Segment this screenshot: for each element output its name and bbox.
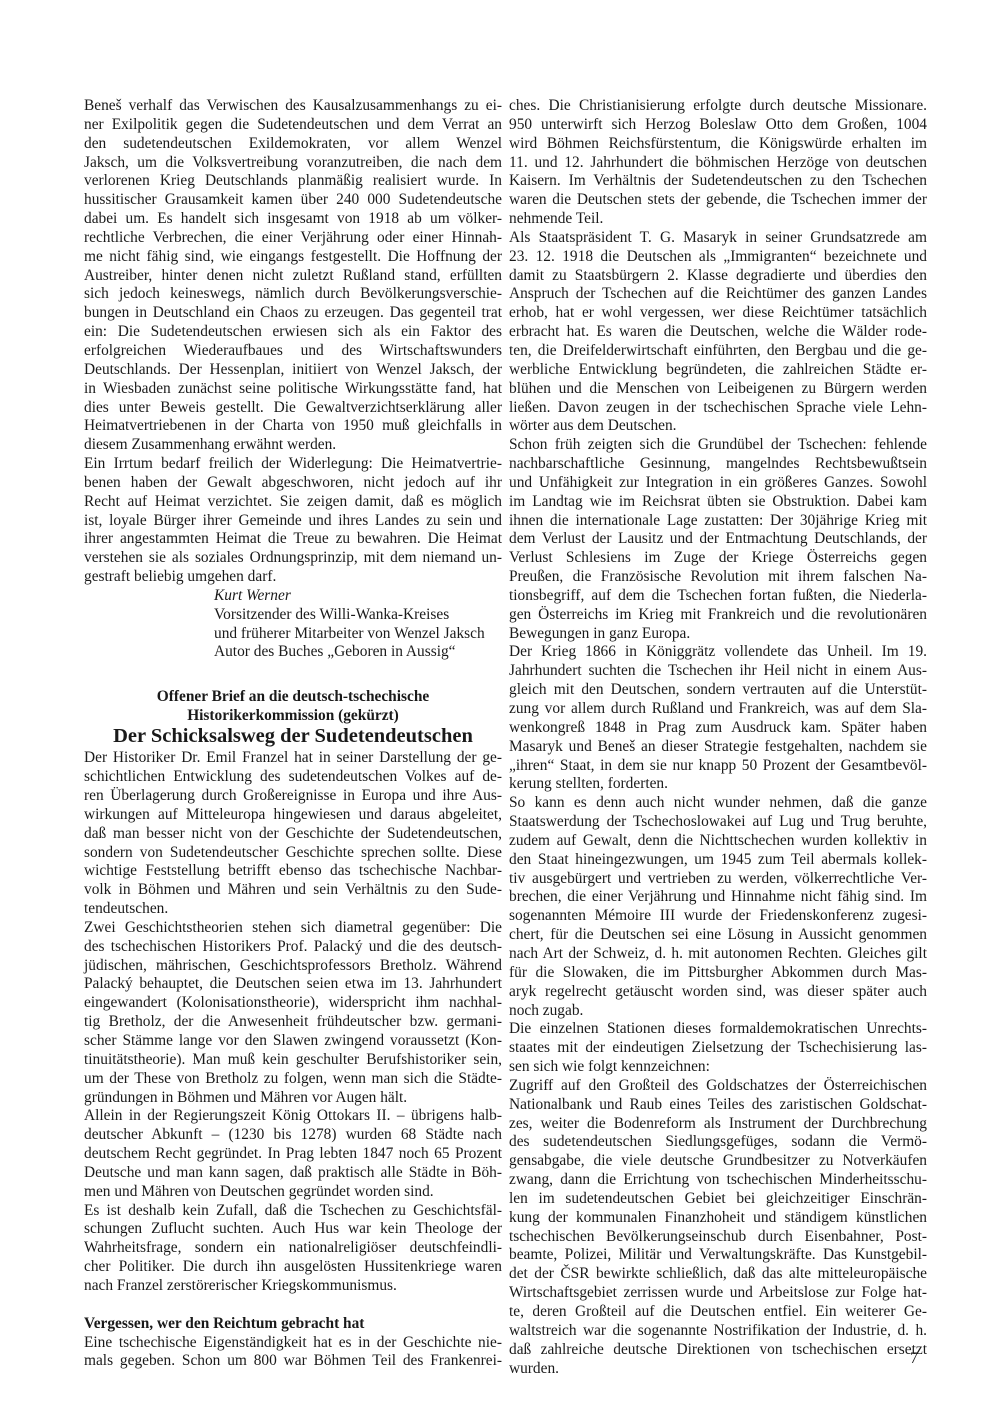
author-name: Kurt Werner xyxy=(214,587,502,606)
right-paragraph-6: Die einzelnen Stationen dieses formaldem… xyxy=(509,1020,927,1077)
text-line: ihnen die internationale Lage zustatten:… xyxy=(509,512,927,531)
text-line: wird Böhmen Reichsfürstentum, die Königs… xyxy=(509,135,927,154)
article-heading: Offener Brief an die deutsch-tschechisch… xyxy=(84,688,502,748)
text-line: deutschem Recht gegründet. In Prag lebte… xyxy=(84,1145,502,1164)
text-line: wirkungen auf Mitteleuropa hingewiesen u… xyxy=(84,806,502,825)
text-line: Wahrheitsfrage, sondern ein nationalreli… xyxy=(84,1239,502,1258)
text-line: wenkongreß 1848 in Prag zum Ausdruck kam… xyxy=(509,719,927,738)
right-paragraph-7: Zugriff auf den Großteil des Goldschatze… xyxy=(509,1077,927,1379)
text-line: zes, weiter die Bodenreform als Instrume… xyxy=(509,1115,927,1134)
text-line: dem Verlust der Lausitz und der Entmacht… xyxy=(509,530,927,549)
text-line: schichtlichen Entwicklung des sudetendeu… xyxy=(84,768,502,787)
text-line: verstehen sie als soziales Ordnungsprinz… xyxy=(84,549,502,568)
text-line: kung der kommunalen Finanzhoheit und stä… xyxy=(509,1209,927,1228)
article-paragraph-3: Allein in der Regierungszeit König Ottok… xyxy=(84,1107,502,1201)
text-line: So kann es denn auch nicht wunder nehmen… xyxy=(509,794,927,813)
text-line: beamte, Polizei, Militär und Verwaltungs… xyxy=(509,1246,927,1265)
text-line: Recht auf Heimat verzichtet. Sie zeigen … xyxy=(84,493,502,512)
text-line: daß man besser nicht von der Geschichte … xyxy=(84,825,502,844)
text-line: Beneš verhalf das Verwischen des Kausalz… xyxy=(84,97,502,116)
text-line: sondern von Sudetendeutscher Geschichte … xyxy=(84,844,502,863)
text-line: scher Stämme lange vor den Slawen zwinge… xyxy=(84,1032,502,1051)
text-line: zwang, dann die Errichtung von tschechis… xyxy=(509,1171,927,1190)
text-line: Zugriff auf den Großteil des Goldschatze… xyxy=(509,1077,927,1096)
text-line: Schon früh zeigten sich die Grundübel de… xyxy=(509,436,927,455)
text-line: tendeutschen. xyxy=(84,900,502,919)
text-line: tschechischen Bevölkerungseinschub durch… xyxy=(509,1228,927,1247)
text-line: erhob, hat er wohl vergessen, wer diese … xyxy=(509,304,927,323)
text-line: werbliche Entwicklung begründeten, die z… xyxy=(509,361,927,380)
text-line: len im sudetendeutschen Gebiet bei gleic… xyxy=(509,1190,927,1209)
text-line: volk in Böhmen und Mähren und sein Verhä… xyxy=(84,881,502,900)
text-line: Der Krieg 1866 in Königgrätz vollendete … xyxy=(509,643,927,662)
text-line: bungen in Deutschland ein Chaos zu erzeu… xyxy=(84,304,502,323)
text-line: zung vor allem durch Rußland und Frankre… xyxy=(509,700,927,719)
text-line: Austreiber, hinter denen nicht zuletzt R… xyxy=(84,267,502,286)
text-line: ist, loyale Bürger ihrer Gemeinde und ih… xyxy=(84,512,502,531)
text-line: ein: Die Sudetendeutschen erwiesen sich … xyxy=(84,323,502,342)
text-line: noch zugab. xyxy=(509,1002,927,1021)
text-line: tig Bretholz, der die Anwesenheit frühde… xyxy=(84,1013,502,1032)
article-paragraph-1: Der Historiker Dr. Emil Franzel hat in s… xyxy=(84,749,502,919)
text-line: Jahrhundert suchten die Tschechen ihr He… xyxy=(509,662,927,681)
text-line: nach Art der Schweiz, d. h. mit autonome… xyxy=(509,945,927,964)
text-line: dies unter Beweis gestellt. Die Gewaltve… xyxy=(84,399,502,418)
right-paragraph-4: Der Krieg 1866 in Königgrätz vollendete … xyxy=(509,643,927,794)
text-line: Vorsitzender des Willi-Wanka-Kreises xyxy=(214,606,502,625)
text-line: rechtliche Verbrechen, die einer Verjähr… xyxy=(84,229,502,248)
author-signature: Kurt Werner Vorsitzender des Willi-Wanka… xyxy=(214,587,502,662)
article-paragraph-4: Es ist deshalb kein Zufall, daß die Tsch… xyxy=(84,1202,502,1296)
text-line: det der ČSR bewirkte schließlich, daß da… xyxy=(509,1265,927,1284)
text-line: und früherer Mitarbeiter von Wenzel Jaks… xyxy=(214,625,502,644)
text-line: Jaksch, um die Volksvertreibung voranzut… xyxy=(84,154,502,173)
text-line: wurden. xyxy=(509,1360,927,1379)
text-line: hussitischer Grausamkeit kamen über 240 … xyxy=(84,191,502,210)
text-line: gleich mit den Deutschen, sondern vertra… xyxy=(509,681,927,700)
text-line: men und Mähren von Deutschen gegründet w… xyxy=(84,1183,502,1202)
right-paragraph-2: Als Staatspräsident T. G. Masaryk in sei… xyxy=(509,229,927,436)
text-line: um der These von Bretholz zu folgen, wen… xyxy=(84,1070,502,1089)
text-line: und Unfähigkeit zur Integration in ein g… xyxy=(509,474,927,493)
text-line: benen haben der Gewalt abgeschworen, nic… xyxy=(84,474,502,493)
irrtum-paragraph: Ein Irrtum bedarf freilich der Widerlegu… xyxy=(84,455,502,587)
text-line: eingewandert (Kolonisationstheorie), wid… xyxy=(84,994,502,1013)
text-line: erbracht hat. Es waren die Deutschen, we… xyxy=(509,323,927,342)
text-line: gründungen in Böhmen und Mähren vor Auge… xyxy=(84,1089,502,1108)
text-line: Die einzelnen Stationen dieses formaldem… xyxy=(509,1020,927,1039)
text-line: im Landtag wie im Reichsrat übten sie Ob… xyxy=(509,493,927,512)
text-line: damit zu Staatsbürgern 2. Klasse degradi… xyxy=(509,267,927,286)
text-line: ihrer angestammten Heimat die Treue zu b… xyxy=(84,530,502,549)
text-line: Deutschlands. Der Hessenplan, initiiert … xyxy=(84,361,502,380)
text-line: Staatswerdung der Tschechoslowakei auf L… xyxy=(509,813,927,832)
text-line: cher Politiker. Die durch ihn ausgelöste… xyxy=(84,1258,502,1277)
text-line: tionsbegriff, auf dem die Tschechen fort… xyxy=(509,587,927,606)
text-line: ren Überlagerung durch Großereignisse in… xyxy=(84,787,502,806)
text-line: Wirtschaftsgebiet zerrissen wurde und Ar… xyxy=(509,1284,927,1303)
section-paragraph-start: Eine tschechische Eigenständigkeit hat e… xyxy=(84,1334,502,1372)
text-line: Als Staatspräsident T. G. Masaryk in sei… xyxy=(509,229,927,248)
text-line: Masaryk und Beneš an dieser Strategie fe… xyxy=(509,738,927,757)
text-line: Zwei Geschichtstheorien stehen sich diam… xyxy=(84,919,502,938)
text-line: Autor des Buches „Geboren in Aussig“ xyxy=(214,643,502,662)
text-line: für die Slowaken, die im Pittsburgher Ab… xyxy=(509,964,927,983)
text-line: gestraft beliebig umgehen darf. xyxy=(84,568,502,587)
text-line: Heimatvertriebenen in der Charta von 195… xyxy=(84,417,502,436)
text-line: staates mit der eindeutigen Zielsetzung … xyxy=(509,1039,927,1058)
text-line: waltstreich war die sogenannte Nostrifik… xyxy=(509,1322,927,1341)
text-line: tiv ausgebürgert und vertrieben zu werde… xyxy=(509,870,927,889)
section-subheading: Vergessen, wer den Reichtum gebracht hat xyxy=(84,1315,502,1334)
article-kicker-line-2: Historikerkommission (gekürzt) xyxy=(84,707,502,726)
text-line: wichtige Feststellung betrifft ebenso da… xyxy=(84,862,502,881)
text-line: jüdischen, mährischen, Geschichtsprofess… xyxy=(84,957,502,976)
right-paragraph-5: So kann es denn auch nicht wunder nehmen… xyxy=(509,794,927,1020)
text-line: Preußen, die Französische Revolution mit… xyxy=(509,568,927,587)
text-line: chert, für die Deutschen sei eine Lösung… xyxy=(509,926,927,945)
text-line: gen Österreichs im Krieg mit Frankreich … xyxy=(509,606,927,625)
text-line: in Wiesbaden zunächst seine politische W… xyxy=(84,380,502,399)
text-line: 23. 12. 1918 die Deutschen als „Immigran… xyxy=(509,248,927,267)
page-number: 7 xyxy=(910,1350,918,1368)
text-line: des sudetendeutschen Siedlungsgefüges, s… xyxy=(509,1133,927,1152)
text-line: dabei um. Es handelt sich insgesamt von … xyxy=(84,210,502,229)
right-paragraph-1: ches. Die Christianisierung erfolgte dur… xyxy=(509,97,927,229)
text-line: blühen und die Menschen von Leibeigenen … xyxy=(509,380,927,399)
text-line: Anspruch der Tschechen auf die Reichtüme… xyxy=(509,285,927,304)
text-line: nach Franzel zerstörerischer Kriegskommu… xyxy=(84,1277,502,1296)
text-line: ches. Die Christianisierung erfolgte dur… xyxy=(509,97,927,116)
text-line: den sudetendeutschen Exildemokraten, vor… xyxy=(84,135,502,154)
text-line: Nationalbank und Raub eines Teiles des z… xyxy=(509,1096,927,1115)
text-line: Der Historiker Dr. Emil Franzel hat in s… xyxy=(84,749,502,768)
text-line: „ihren“ Staat, in dem sie nur knapp 50 P… xyxy=(509,757,927,776)
text-line: tinuitätstheorie). Man muß kein geschult… xyxy=(84,1051,502,1070)
article-title: Der Schicksalsweg der Sudetendeutschen xyxy=(84,725,502,748)
text-line: aryk regelrecht getäuscht worden sind, w… xyxy=(509,983,927,1002)
text-line: verlorenen Krieg Deutschlands planmäßig … xyxy=(84,172,502,191)
text-line: deutscher Abkunft – (1230 bis 1278) wurd… xyxy=(84,1126,502,1145)
text-line: Verlust Schlesiens im Zuge der Kriege Ös… xyxy=(509,549,927,568)
text-line: brechen, die einer Verjährung und Hinnah… xyxy=(509,888,927,907)
text-line: te, deren Großteil auf die Deutschen ent… xyxy=(509,1303,927,1322)
right-paragraph-3: Schon früh zeigten sich die Grundübel de… xyxy=(509,436,927,643)
text-line: Eine tschechische Eigenständigkeit hat e… xyxy=(84,1334,502,1353)
intro-paragraph: Beneš verhalf das Verwischen des Kausalz… xyxy=(84,97,502,455)
text-line: erfolgreichen Wiederaufbaues und des Wir… xyxy=(84,342,502,361)
text-line: Bewegungen in ganz Europa. xyxy=(509,625,927,644)
text-line: daß zahlreiche deutsche Direktionen von … xyxy=(509,1341,927,1360)
text-line: diesem Zusammenhang erwähnt werden. xyxy=(84,436,502,455)
text-line: ner Exilpolitik gegen die Sudetendeutsch… xyxy=(84,116,502,135)
author-credentials: Vorsitzender des Willi-Wanka-Kreisesund … xyxy=(214,606,502,663)
text-line: Ein Irrtum bedarf freilich der Widerlegu… xyxy=(84,455,502,474)
text-line: sogenannten Mémoire III wurde der Friede… xyxy=(509,907,927,926)
text-line: des tschechischen Historikers Prof. Pala… xyxy=(84,938,502,957)
article-paragraph-2: Zwei Geschichtstheorien stehen sich diam… xyxy=(84,919,502,1107)
text-line: Palacký behauptet, die Deutschen seien e… xyxy=(84,975,502,994)
text-line: 950 unterwirft sich Herzog Boleslaw Otto… xyxy=(509,116,927,135)
text-line: Es ist deshalb kein Zufall, daß die Tsch… xyxy=(84,1202,502,1221)
text-line: Kaisern. Im Verhältnis der Sudetendeutsc… xyxy=(509,172,927,191)
text-line: sen sich wie folgt kennzeichnen: xyxy=(509,1058,927,1077)
text-line: ten, die Dreifelderwirtschaft einführten… xyxy=(509,342,927,361)
text-line: zudem auf Gewalt, denn die Nichttscheche… xyxy=(509,832,927,851)
text-line: me nicht fähig sind, wie eingangs festge… xyxy=(84,248,502,267)
text-line: kerung stellten, forderten. xyxy=(509,775,927,794)
text-line: ließen. Davon zeugen in der tschechische… xyxy=(509,399,927,418)
text-line: waren die Deutschen stets der gebende, d… xyxy=(509,191,927,210)
text-line: schungen Zuflucht suchten. Auch Hus war … xyxy=(84,1220,502,1239)
text-line: 11. und 12. Jahrhundert die böhmischen H… xyxy=(509,154,927,173)
text-line: nehmende Teil. xyxy=(509,210,927,229)
text-line: nachbarschaftliche Gesinnung, mangelndes… xyxy=(509,455,927,474)
text-line: wörter aus dem Deutschen. xyxy=(509,417,927,436)
text-line: gensabgabe, die viele deutsche Grundbesi… xyxy=(509,1152,927,1171)
text-line: mals gegeben. Schon um 800 war Böhmen Te… xyxy=(84,1352,502,1371)
text-line: Allein in der Regierungszeit König Ottok… xyxy=(84,1107,502,1126)
text-line: den Staat hineingezwungen, um 1945 zum T… xyxy=(509,851,927,870)
left-column: Beneš verhalf das Verwischen des Kausalz… xyxy=(84,97,502,1371)
article-kicker-line-1: Offener Brief an die deutsch-tschechisch… xyxy=(84,688,502,707)
text-line: sich jedoch keineswegs, nämlich durch Be… xyxy=(84,285,502,304)
text-line: Deutsche und man kann sagen, daß praktis… xyxy=(84,1164,502,1183)
right-column: ches. Die Christianisierung erfolgte dur… xyxy=(509,97,927,1378)
